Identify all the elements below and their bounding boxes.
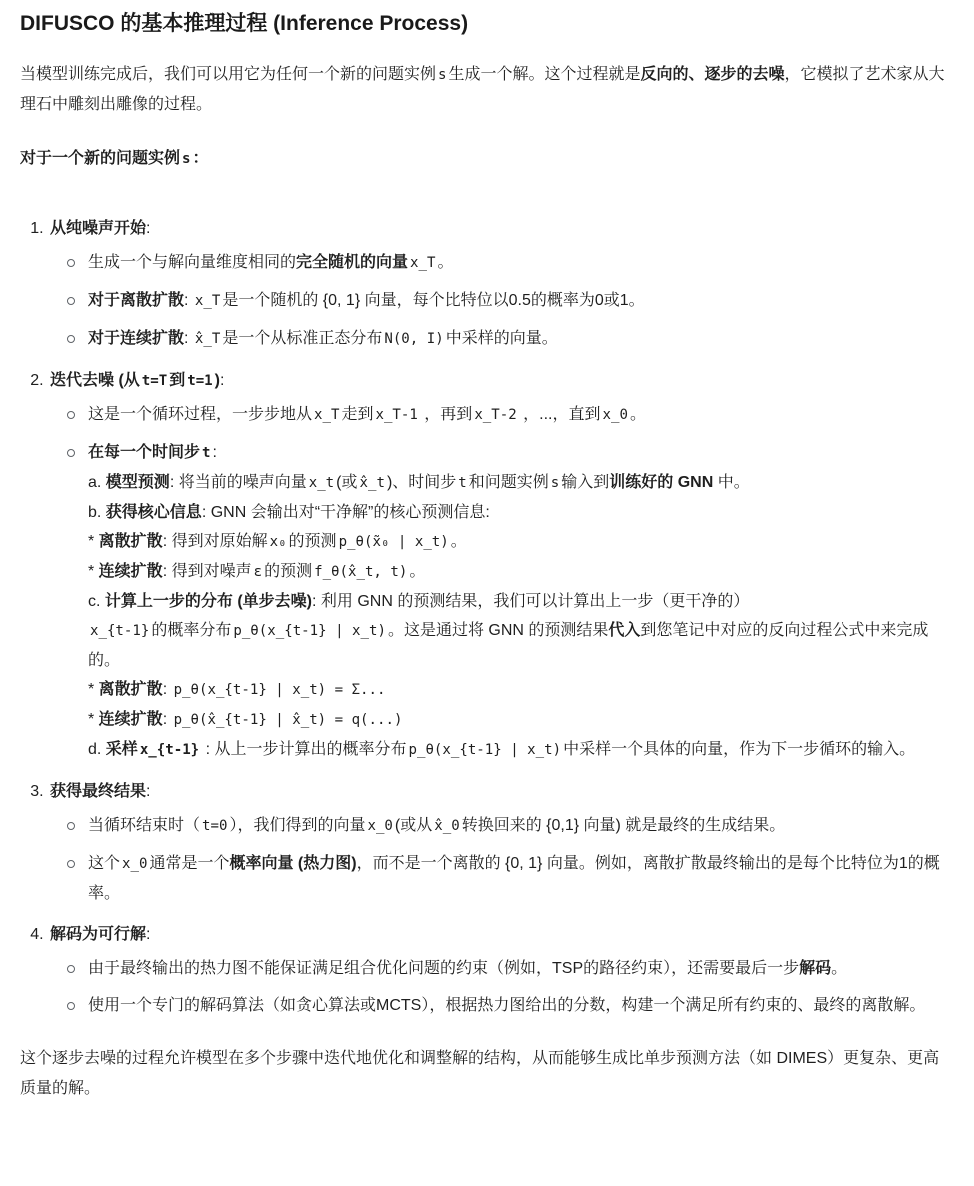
text-segment: 是一个从标准正态分布 (222, 330, 382, 347)
text-segment: 的预测 (264, 563, 312, 580)
list-item-label: 获得最终结果: (50, 783, 150, 800)
text-segment: 的概率分布 (151, 622, 231, 639)
text-segment: : (146, 926, 150, 943)
bold-text: 对于离散扩散 (88, 292, 184, 309)
text-segment: c. (88, 593, 105, 610)
text-segment: * (88, 563, 99, 580)
bold-text: 训练好的 GNN (609, 474, 713, 491)
text-segment: 通常是一个 (149, 855, 229, 872)
inference-steps-list: 从纯噪声开始:生成一个与解向量维度相同的完全随机的向量x_T。对于离散扩散: x… (20, 214, 950, 1020)
bold-text: 概率向量 (热力图) (229, 855, 356, 872)
inline-code: t=0 (202, 818, 227, 834)
bold-text: 连续扩散 (99, 711, 163, 728)
lead-paragraph: 对于一个新的问题实例s： (20, 144, 950, 174)
bold-text: 代入 (608, 622, 640, 639)
text-segment: ），我们得到的向量 (229, 817, 365, 834)
text-segment: : (146, 220, 150, 237)
inline-code: f_θ(x̂_t, t) (314, 564, 407, 580)
text-segment: 这个逐步去噪的过程允许模型在多个步骤中迭代地优化和调整解的结构，从而能够生成比单… (20, 1050, 939, 1097)
bold-text: 解码为可行解 (50, 926, 146, 943)
bullet-item: 使用一个专门的解码算法（如贪心算法或MCTS），根据热力图给出的分数，构建一个满… (64, 991, 950, 1020)
text-segment: 这个 (88, 855, 120, 872)
bold-text: t=1 (185, 372, 214, 389)
intro-paragraph: 当模型训练完成后，我们可以用它为任何一个新的问题实例s生成一个解。这个过程就是反… (20, 60, 950, 120)
list-item: 获得最终结果:当循环结束时（t=0），我们得到的向量x_0(或从x̂_0转换回来… (48, 777, 950, 908)
list-item-label: 从纯噪声开始: (50, 220, 150, 237)
bold-text: t (200, 444, 212, 461)
text-segment: : 从上一步计算出的概率分布 (201, 741, 406, 758)
inline-code: x_0 (367, 818, 392, 834)
bold-text: 离散扩散 (99, 681, 163, 698)
text-segment: 。 (409, 563, 425, 580)
inline-code: p_θ(x_{t-1} | x_t) = Σ... (174, 682, 386, 698)
inline-code: p_θ(x_{t-1} | x_t) (233, 623, 386, 639)
inline-code: x_t (309, 475, 334, 491)
text-segment: 。 (437, 254, 453, 271)
list-item: 迭代去噪 (从t=T到t=1):这是一个循环过程，一步步地从x_T走到x_T-1… (48, 366, 950, 765)
text-segment: ，...，直到 (519, 406, 601, 423)
bullet-item: 当循环结束时（t=0），我们得到的向量x_0(或从x̂_0转换回来的 {0,1}… (64, 811, 950, 841)
text-segment: 当循环结束时（ (88, 817, 200, 834)
text-segment: : 得到对噪声 (163, 563, 252, 580)
text-segment: 转换回来的 {0,1} 向量) 就是最终的生成结果。 (462, 817, 786, 834)
text-segment: a. (88, 474, 106, 491)
text-segment: 中采样一个具体的向量，作为下一步循环的输入。 (563, 741, 915, 758)
bold-text: 完全随机的向量 (296, 254, 408, 271)
inline-code: p_θ(x̂_{t-1} | x̂_t) = q(...) (174, 712, 403, 728)
inline-code: x₀ (270, 534, 287, 550)
bullet-list: 由于最终输出的热力图不能保证满足组合优化问题的约束（例如，TSP的路径约束），还… (50, 954, 950, 1020)
text-segment: 由于最终输出的热力图不能保证满足组合优化问题的约束（例如，TSP的路径约束），还… (88, 960, 799, 977)
bullet-item: 这是一个循环过程，一步步地从x_T走到x_T-1 ，再到x_T-2 ，...，直… (64, 400, 950, 430)
list-item-label: 迭代去噪 (从t=T到t=1): (50, 372, 224, 389)
document-body: 当模型训练完成后，我们可以用它为任何一个新的问题实例s生成一个解。这个过程就是反… (20, 60, 950, 1104)
text-segment: b. (88, 504, 106, 521)
text-segment: (或从 (395, 817, 432, 834)
list-item-label: 解码为可行解: (50, 926, 150, 943)
text-segment: ，再到 (420, 406, 472, 423)
text-segment: 这是一个循环过程，一步步地从 (88, 406, 312, 423)
bold-text: 到 (169, 372, 185, 389)
bullet-item: 对于离散扩散: x_T是一个随机的 {0, 1} 向量，每个比特位以0.5的概率… (64, 286, 950, 316)
inline-code: x̂_T (195, 331, 220, 347)
text-segment: 输入到 (561, 474, 609, 491)
text-segment: 和问题实例 (469, 474, 549, 491)
text-segment: d. (88, 741, 106, 758)
bullet-item: 对于连续扩散: x̂_T是一个从标准正态分布N(0, I)中采样的向量。 (64, 324, 950, 354)
bold-text: 离散扩散 (99, 533, 163, 550)
text-segment: : (213, 444, 217, 461)
document: DIFUSCO 的基本推理过程 (Inference Process) 当模型训… (0, 0, 974, 1158)
text-segment: : (184, 330, 193, 347)
bullet-list: 当循环结束时（t=0），我们得到的向量x_0(或从x̂_0转换回来的 {0,1}… (50, 811, 950, 908)
inline-code: x_T (314, 407, 339, 423)
text-segment: 。这是通过将 GNN 的预测结果 (388, 622, 608, 639)
text-segment: 。 (451, 533, 467, 550)
inline-code: x_T (195, 293, 220, 309)
text-segment: : 利用 GNN 的预测结果，我们可以计算出上一步（更干净的） (312, 593, 749, 610)
bold-text: 从纯噪声开始 (50, 220, 146, 237)
inline-code: p_θ(x̃₀ | x_t) (339, 534, 449, 550)
bullet-item: 生成一个与解向量维度相同的完全随机的向量x_T。 (64, 248, 950, 278)
inline-code: s (182, 151, 190, 167)
text-segment: * (88, 711, 99, 728)
text-segment: )、时间步 (387, 474, 456, 491)
text-segment: 。 (831, 960, 847, 977)
text-segment: 走到 (341, 406, 373, 423)
text-segment: 。 (630, 406, 646, 423)
text-segment: : (146, 783, 150, 800)
text-segment: 使用一个专门的解码算法（如贪心算法或MCTS），根据热力图给出的分数，构建一个满… (88, 997, 925, 1014)
text-segment: 的预测 (289, 533, 337, 550)
bold-text: 获得最终结果 (50, 783, 146, 800)
text-segment: 生成一个与解向量维度相同的 (88, 254, 296, 271)
bold-text: x_{t-1} (138, 741, 201, 758)
bold-text: 对于一个新的问题实例 (20, 150, 180, 167)
bold-text: 反向的、逐步的去噪 (641, 66, 785, 83)
inline-code: t=1 (187, 373, 212, 389)
text-segment: : (163, 711, 172, 728)
inline-code: x_T (410, 255, 435, 271)
text-segment: 中采样的向量。 (446, 330, 558, 347)
bold-text: 采样 (106, 741, 138, 758)
text-segment: (或 (336, 474, 357, 491)
text-segment: 生成一个解。这个过程就是 (449, 66, 641, 83)
inline-code: t=T (142, 373, 167, 389)
inline-code: x_0 (603, 407, 628, 423)
inline-code: N(0, I) (384, 331, 443, 347)
bullet-list: 生成一个与解向量维度相同的完全随机的向量x_T。对于离散扩散: x_T是一个随机… (50, 248, 950, 354)
text-segment: 是一个随机的 {0, 1} 向量，每个比特位以0.5的概率为0或1。 (222, 292, 644, 309)
bold-text: 模型预测 (106, 474, 170, 491)
bold-text: 在每一个时间步 (88, 444, 200, 461)
inline-code: p_θ(x_{t-1} | x_t) (409, 742, 562, 758)
text-segment: : (163, 681, 172, 698)
bold-text: 获得核心信息 (106, 504, 202, 521)
list-item: 从纯噪声开始:生成一个与解向量维度相同的完全随机的向量x_T。对于离散扩散: x… (48, 214, 950, 354)
text-segment: : GNN 会输出对“干净解”的核心预测信息: (202, 504, 490, 521)
bold-text: 计算上一步的分布 (单步去噪) (105, 593, 312, 610)
bold-text: 迭代去噪 (从 (50, 372, 140, 389)
inline-code: t (202, 445, 210, 461)
text-segment: * (88, 681, 99, 698)
bold-text: 解码 (799, 960, 831, 977)
inline-code: x_T-2 (474, 407, 516, 423)
inline-code: x̂_t (360, 475, 385, 491)
inline-code: x_{t-1} (90, 623, 149, 639)
inline-code: s (438, 67, 446, 83)
page-title: DIFUSCO 的基本推理过程 (Inference Process) (20, 10, 950, 38)
inline-code: s (551, 475, 559, 491)
inline-code: ε (254, 564, 262, 580)
inline-code: t (458, 475, 466, 491)
bold-text: s (180, 150, 192, 167)
bullet-item: 在每一个时间步t:a. 模型预测: 将当前的噪声向量x_t(或x̂_t)、时间步… (64, 438, 950, 765)
inline-code: x̂_0 (434, 818, 459, 834)
bullet-item: 这个x_0通常是一个概率向量 (热力图)，而不是一个离散的 {0, 1} 向量。… (64, 849, 950, 908)
bold-text: ： (193, 150, 209, 167)
text-segment: : 得到对原始解 (163, 533, 268, 550)
text-segment: : (184, 292, 193, 309)
closing-paragraph: 这个逐步去噪的过程允许模型在多个步骤中迭代地优化和调整解的结构，从而能够生成比单… (20, 1044, 950, 1104)
list-item: 解码为可行解:由于最终输出的热力图不能保证满足组合优化问题的约束（例如，TSP的… (48, 920, 950, 1020)
text-segment: 当模型训练完成后，我们可以用它为任何一个新的问题实例 (20, 66, 436, 83)
bullet-item: 由于最终输出的热力图不能保证满足组合优化问题的约束（例如，TSP的路径约束），还… (64, 954, 950, 983)
text-segment: : (220, 372, 224, 389)
inline-code: x_{t-1} (140, 742, 199, 758)
bullet-list: 这是一个循环过程，一步步地从x_T走到x_T-1 ，再到x_T-2 ，...，直… (50, 400, 950, 765)
bold-text: 对于连续扩散 (88, 330, 184, 347)
text-segment: : 将当前的噪声向量 (170, 474, 307, 491)
inline-code: x_T-1 (375, 407, 417, 423)
bold-text: t=T (140, 372, 169, 389)
inline-code: x_0 (122, 856, 147, 872)
text-segment: 中。 (713, 474, 749, 491)
bold-text: 连续扩散 (99, 563, 163, 580)
text-segment: * (88, 533, 99, 550)
